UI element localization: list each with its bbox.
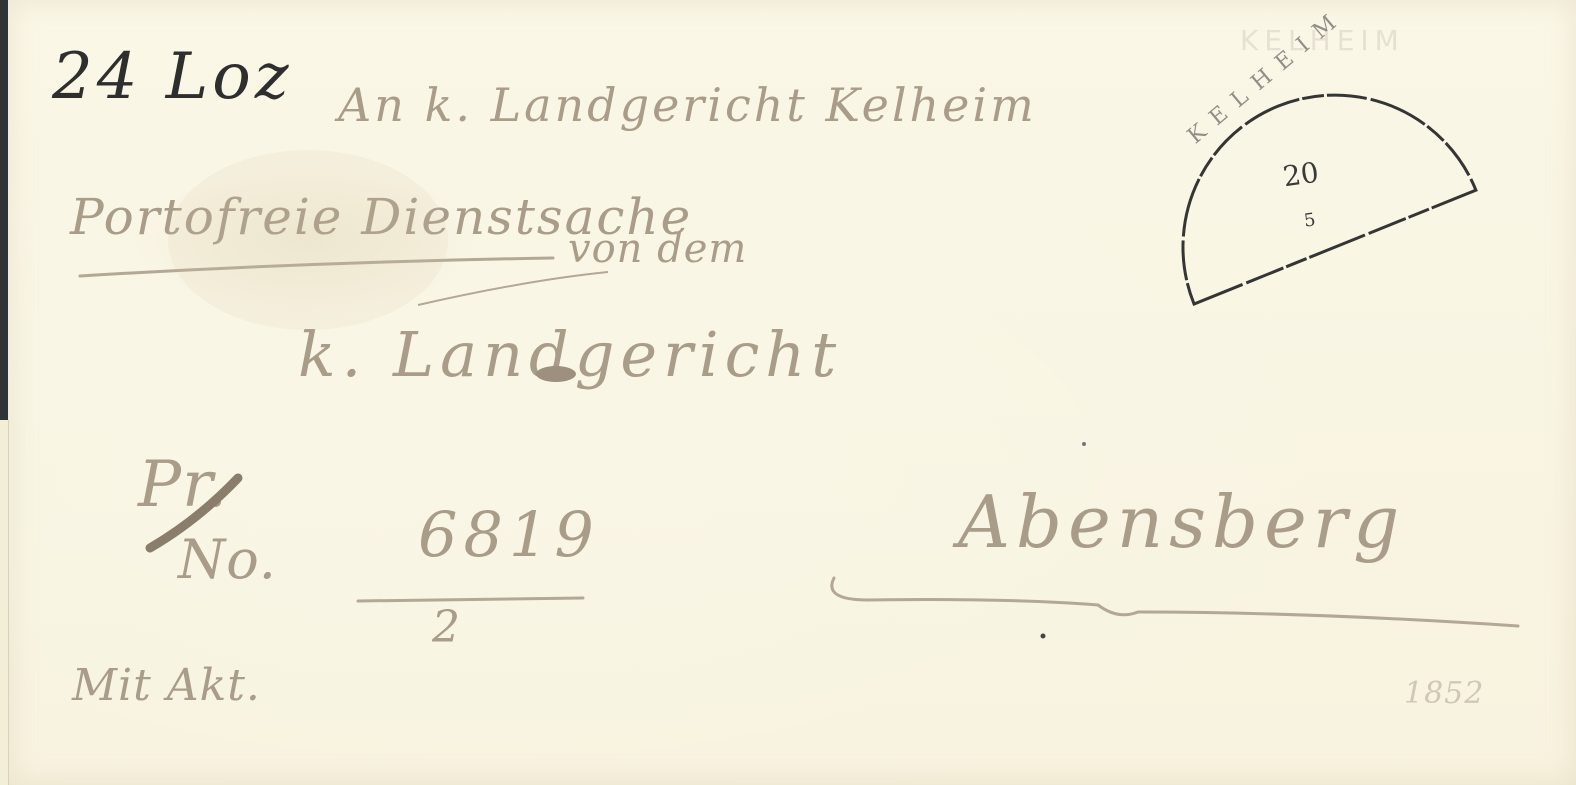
postmark-day: 20 [1281, 156, 1321, 194]
envelope-left-edge [0, 420, 9, 785]
envelope: KELHEIM 24 Loz An k. Landgericht Kelheim… [8, 0, 1576, 785]
postmark [8, 0, 1576, 785]
